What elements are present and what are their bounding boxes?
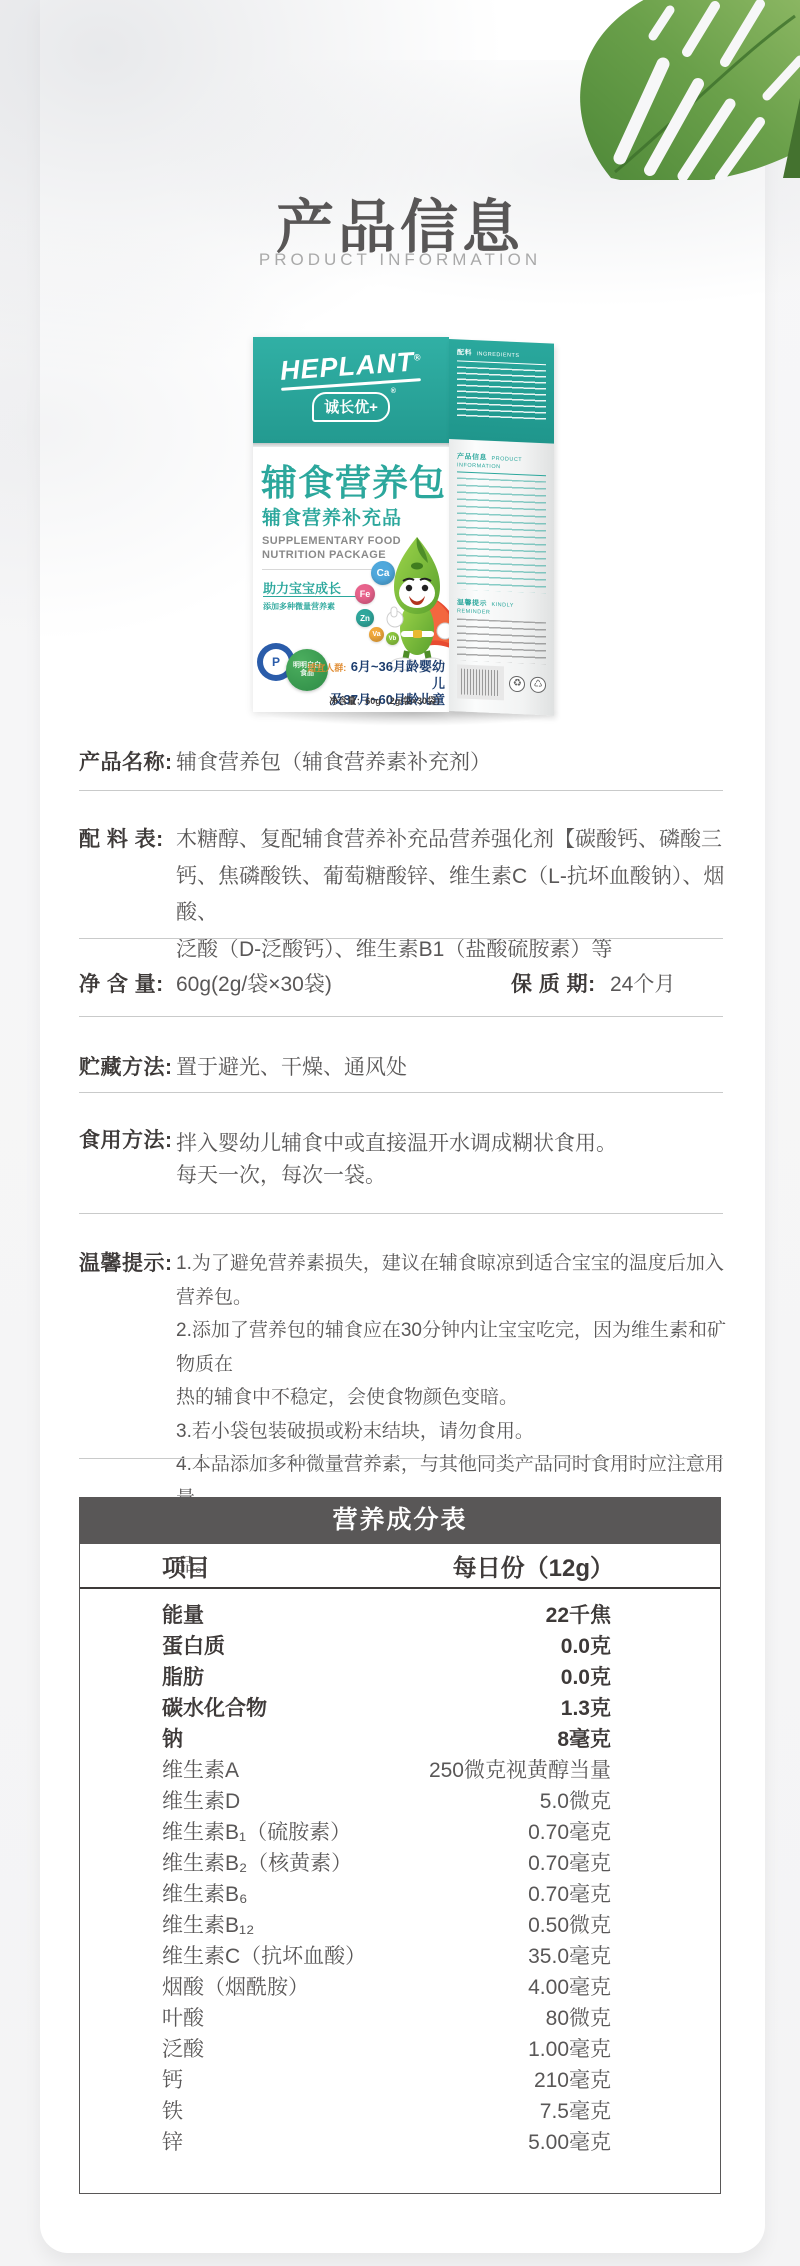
- divider: [79, 790, 723, 791]
- table-row: 蛋白质0.0克: [80, 1629, 720, 1660]
- table-row: 泛酸1.00毫克: [80, 2032, 720, 2063]
- table-row: 能量22千焦: [80, 1598, 720, 1629]
- box-product-subtitle: 辅食营养补充品: [262, 503, 402, 530]
- product-info-page: 产品信息 PRODUCT INFORMATION HEPLANT® 诚长优+® …: [0, 0, 800, 2266]
- tips-line: 1.为了避免营养素损失，建议在辅食晾凉到适合宝宝的温度后加入营养包。: [176, 1247, 738, 1314]
- side-reminder-heading: 温馨提示 KINDLY REMINDER: [457, 597, 546, 618]
- box-slogan: 助力宝宝成长: [263, 578, 341, 597]
- nutrition-table: 营养成分表 项目 每日份（12g） 能量22千焦 蛋白质0.0克 脂肪0.0克 …: [79, 1497, 721, 2194]
- box-product-title: 辅食营养包: [261, 455, 446, 506]
- page-subtitle: PRODUCT INFORMATION: [0, 250, 800, 270]
- storage-value: 置于避光、干燥、通风处: [176, 1055, 407, 1081]
- usage-label: 食用方法:: [79, 1128, 173, 1154]
- divider: [79, 938, 723, 939]
- divider: [79, 1016, 723, 1017]
- shelf-life-value: 24个月: [610, 972, 675, 998]
- net-content-value: 60g(2g/袋×30袋): [176, 972, 332, 998]
- table-row: 锌5.00毫克: [80, 2125, 720, 2156]
- table-row: 铁7.5毫克: [80, 2094, 720, 2125]
- leaf-icon: [415, 0, 800, 180]
- table-row: 维生素B₆0.70毫克: [80, 1877, 720, 1908]
- ingredients-label: 配 料 表:: [79, 827, 164, 853]
- side-info-heading: 产品信息 PRODUCT INFORMATION: [457, 451, 546, 472]
- net-content-label: 净 含 量:: [79, 972, 164, 998]
- nutrition-table-title: 营养成分表: [79, 1497, 721, 1544]
- divider: [79, 1092, 723, 1093]
- box-brand-header: HEPLANT® 诚长优+®: [253, 337, 449, 443]
- recycle-icon: ♺: [530, 677, 546, 694]
- ingredients-line: 泛酸（D-泛酸钙）、维生素B1（盐酸硫胺素）等: [176, 932, 738, 969]
- tips-line: 热的辅食中不稳定，会使食物颜色变暗。: [176, 1381, 738, 1415]
- ingredients-line: 钙、焦磷酸铁、葡萄糖酸锌、维生素C（L-抗坏血酸钠）、烟酸、: [176, 859, 738, 932]
- table-row: 烟酸（烟酰胺）4.00毫克: [80, 1970, 720, 2001]
- side-ingredients-block: 配料 INGREDIENTS: [449, 339, 554, 444]
- product-box-front: HEPLANT® 诚长优+® 辅食营养包 辅食营养补充品 SUPPLEMENTA…: [253, 337, 449, 712]
- ingredients-value: 木糖醇、复配辅食营养补充品营养强化剂【碳酸钙、磷酸三 钙、焦磷酸铁、葡萄糖酸锌、…: [176, 822, 738, 968]
- table-row: 脂肪0.0克: [80, 1660, 720, 1691]
- monstera-leaf-decoration: [415, 0, 800, 180]
- audience-label: 适宜人群:: [307, 663, 346, 673]
- audience-line1: 6月~36月龄婴幼儿: [351, 659, 445, 691]
- tips-line: 3.若小袋包装破损或粉末结块，请勿食用。: [176, 1415, 738, 1449]
- nutrition-table-body: 能量22千焦 蛋白质0.0克 脂肪0.0克 碳水化合物1.3克 钠8毫克 维生素…: [80, 1589, 720, 2156]
- usage-line: 拌入婴幼儿辅食中或直接温开水调成糊状食用。: [176, 1128, 738, 1160]
- barcode: [457, 664, 504, 700]
- ingredients-line: 木糖醇、复配辅食营养补充品营养强化剂【碳酸钙、磷酸三: [176, 822, 738, 859]
- brand-badge: 诚长优+®: [312, 392, 390, 422]
- divider: [79, 1213, 723, 1214]
- table-row: 钙210毫克: [80, 2063, 720, 2094]
- shelf-life-label: 保 质 期:: [511, 972, 596, 998]
- usage-value: 拌入婴幼儿辅食中或直接温开水调成糊状食用。 每天一次，每次一袋。: [176, 1128, 738, 1191]
- usage-line: 每天一次，每次一袋。: [176, 1160, 738, 1192]
- table-row: 钠8毫克: [80, 1722, 720, 1753]
- nutrition-table-header: 项目 每日份（12g）: [80, 1544, 720, 1589]
- tips-label: 温馨提示:: [79, 1251, 173, 1277]
- table-row: 维生素B₂（核黄素）0.70毫克: [80, 1846, 720, 1877]
- product-name-label: 产品名称:: [79, 750, 173, 776]
- table-row: 维生素A250微克视黄醇当量: [80, 1753, 720, 1784]
- recycle-icon: ♻: [509, 676, 525, 693]
- table-row: 维生素B₁（硫胺素）0.70毫克: [80, 1815, 720, 1846]
- tips-line: 2.添加了营养包的辅食应在30分钟内让宝宝吃完，因为维生素和矿物质在: [176, 1314, 738, 1381]
- registered-icon: ®: [414, 352, 422, 363]
- col-header-item: 项目: [162, 1548, 210, 1583]
- box-slogan-sub: 添加多种微量营养素: [263, 601, 335, 612]
- table-row: 叶酸80微克: [80, 2001, 720, 2032]
- product-box-side-panel: 配料 INGREDIENTS 产品信息 PRODUCT INFORMATION …: [449, 339, 554, 716]
- table-row: 维生素B₁₂0.50微克: [80, 1908, 720, 1939]
- side-fine-print: [457, 366, 546, 422]
- side-ingredients-heading: 配料 INGREDIENTS: [457, 347, 546, 361]
- side-fine-print: [457, 618, 546, 664]
- side-fine-print: [457, 477, 546, 593]
- col-header-value: 每日份（12g）: [453, 1548, 614, 1583]
- box-net-content: 净含量：60g（2g/袋×30袋）: [329, 694, 445, 707]
- storage-label: 贮藏方法:: [79, 1055, 173, 1081]
- product-name-value: 辅食营养包（辅食营养素补充剂）: [176, 750, 491, 776]
- box-silver-strip: [253, 443, 449, 447]
- divider: [79, 1458, 723, 1459]
- registered-icon: ®: [391, 388, 396, 395]
- table-row: 维生素D5.0微克: [80, 1784, 720, 1815]
- table-row: 维生素C（抗坏血酸）35.0毫克: [80, 1939, 720, 1970]
- table-row: 碳水化合物1.3克: [80, 1691, 720, 1722]
